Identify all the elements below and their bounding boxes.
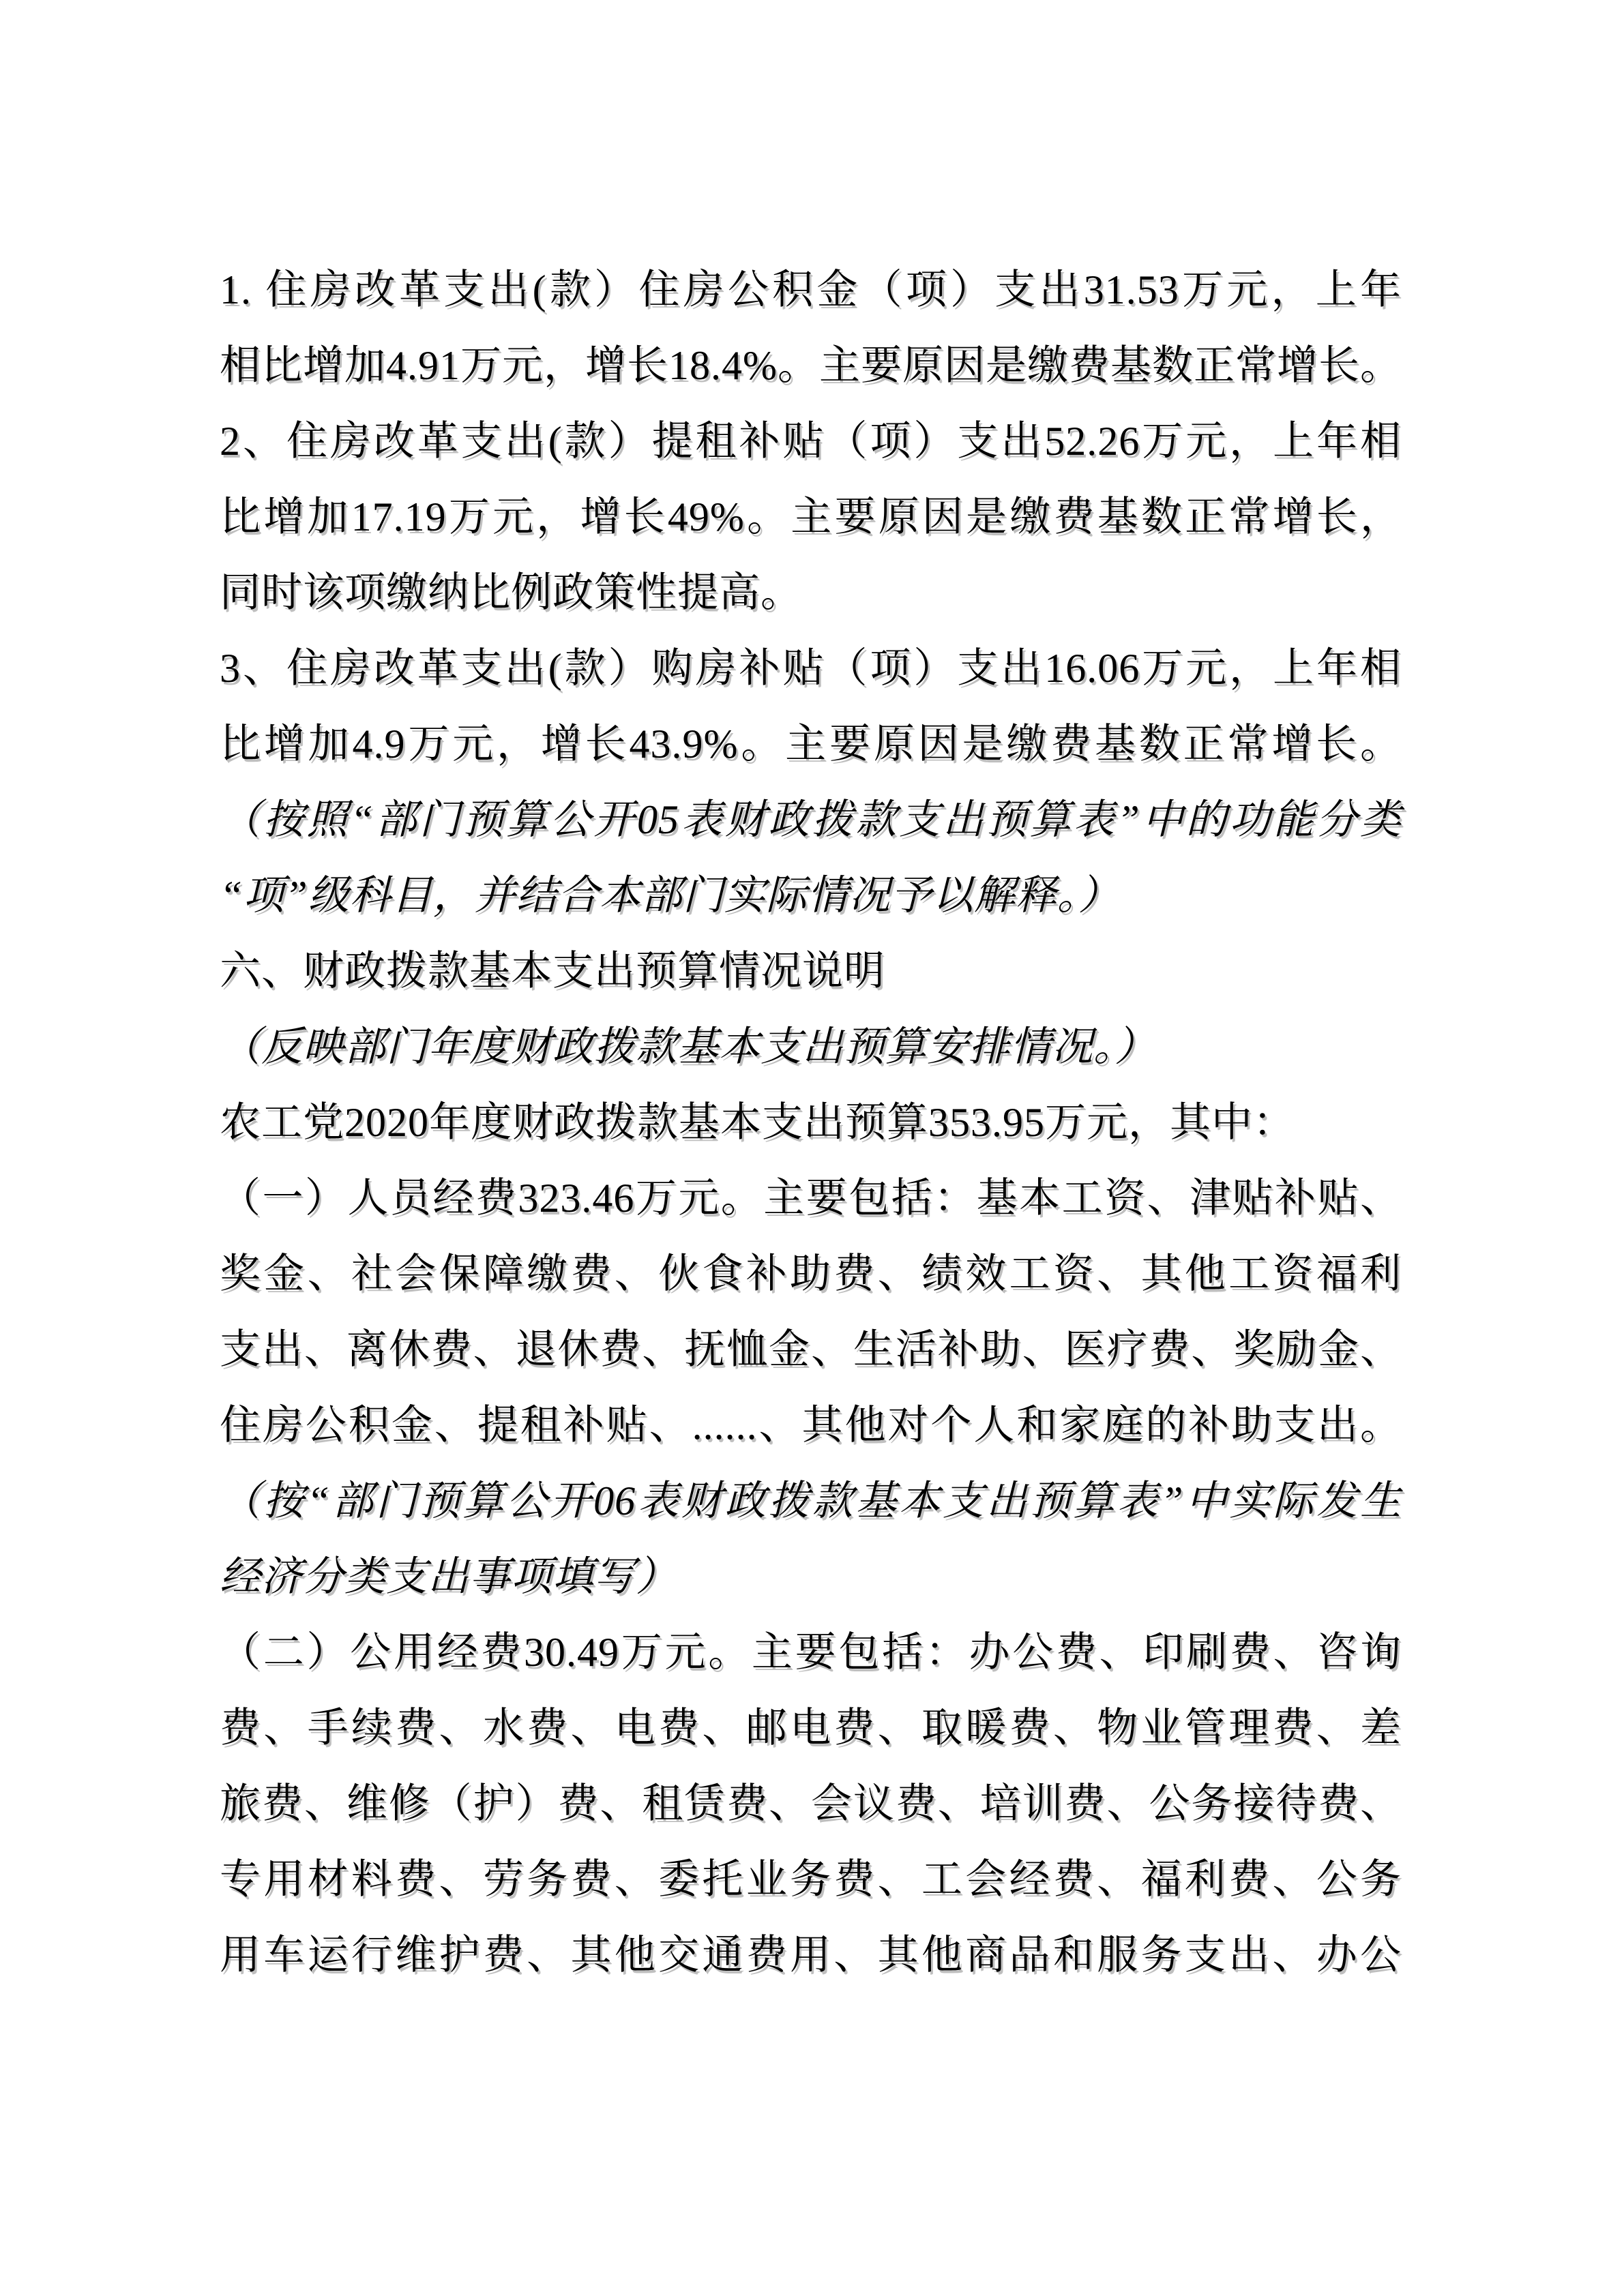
text-line: （按“部门预算公开06表财政拨款基本支出预算表”中实际发生 <box>220 1463 1402 1539</box>
text-line: 经济分类支出事项填写） <box>220 1539 1402 1615</box>
text-line: 1. 住房改革支出(款）住房公积金（项）支出31.53万元，上年 <box>220 252 1402 328</box>
text-line: 专用材料费、劳务费、委托业务费、工会经费、福利费、公务 <box>220 1842 1402 1918</box>
text-line: （二）公用经费30.49万元。主要包括：办公费、印刷费、咨询 <box>220 1615 1402 1690</box>
text-line: 比增加4.9万元，增长43.9%。主要原因是缴费基数正常增长。 <box>220 706 1402 782</box>
text-line: 2、住房改革支出(款）提租补贴（项）支出52.26万元，上年相 <box>220 404 1402 479</box>
text-line: 3、住房改革支出(款）购房补贴（项）支出16.06万元，上年相 <box>220 631 1402 706</box>
text-line: 住房公积金、提租补贴、......、其他对个人和家庭的补助支出。 <box>220 1388 1402 1463</box>
text-line: 支出、离休费、退休费、抚恤金、生活补助、医疗费、奖励金、 <box>220 1312 1402 1388</box>
text-line: 旅费、维修（护）费、租赁费、会议费、培训费、公务接待费、 <box>220 1766 1402 1842</box>
text-line: 相比增加4.91万元，增长18.4%。主要原因是缴费基数正常增长。 <box>220 328 1402 404</box>
text-line: （反映部门年度财政拨款基本支出预算安排情况。） <box>220 1009 1402 1085</box>
text-line: 六、财政拨款基本支出预算情况说明 <box>220 934 1402 1009</box>
text-line: 费、手续费、水费、电费、邮电费、取暖费、物业管理费、差 <box>220 1690 1402 1766</box>
text-line: 农工党2020年度财政拨款基本支出预算353.95万元，其中： <box>220 1085 1402 1161</box>
text-line: （一）人员经费323.46万元。主要包括：基本工资、津贴补贴、 <box>220 1161 1402 1236</box>
text-line: 同时该项缴纳比例政策性提高。 <box>220 555 1402 631</box>
text-line: “项”级科目，并结合本部门实际情况予以解释。） <box>220 858 1402 934</box>
document-text-block: 1. 住房改革支出(款）住房公积金（项）支出31.53万元，上年相比增加4.91… <box>220 252 1402 1993</box>
document-page: 1. 住房改革支出(款）住房公积金（项）支出31.53万元，上年相比增加4.91… <box>0 0 1624 2296</box>
text-line: 用车运行维护费、其他交通费用、其他商品和服务支出、办公 <box>220 1918 1402 1993</box>
text-line: 比增加17.19万元，增长49%。主要原因是缴费基数正常增长， <box>220 479 1402 555</box>
text-line: 奖金、社会保障缴费、伙食补助费、绩效工资、其他工资福利 <box>220 1236 1402 1312</box>
text-line: （按照“部门预算公开05表财政拨款支出预算表”中的功能分类 <box>220 782 1402 858</box>
